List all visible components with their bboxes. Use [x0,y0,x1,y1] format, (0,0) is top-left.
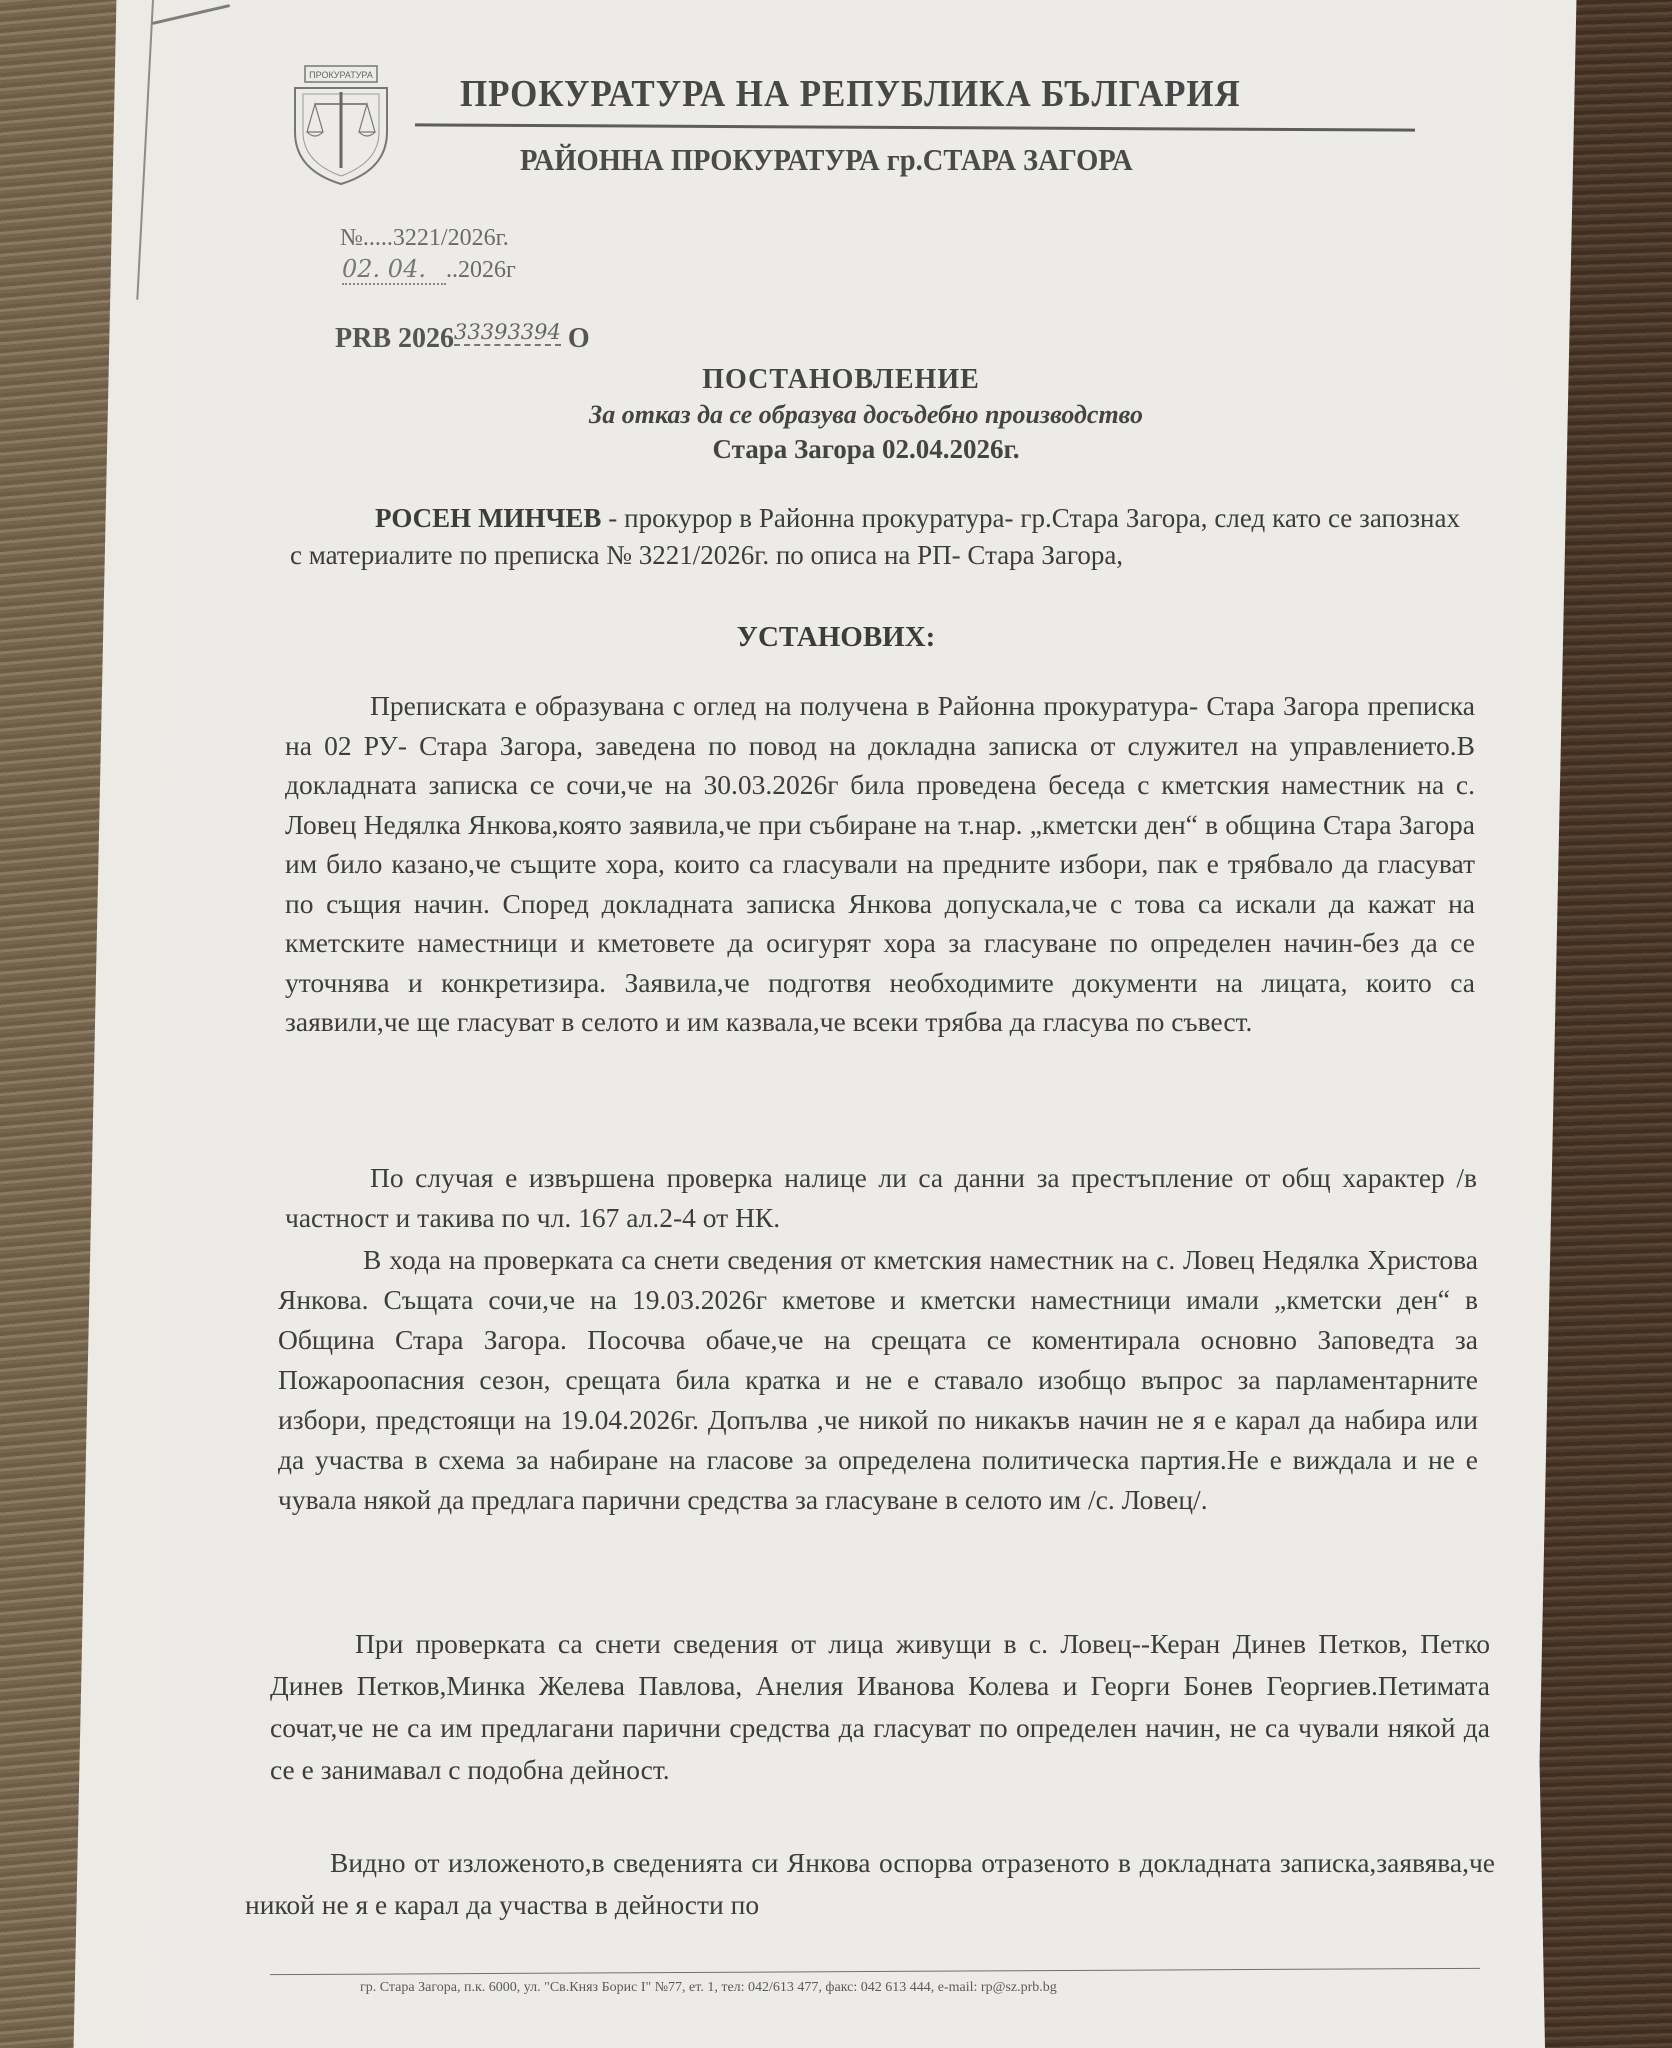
footer-contact: гр. Стара Загора, п.к. 6000, ул. "Св.Кня… [360,1980,1057,1996]
prosecution-emblem-icon: ПРОКУРАТУРА [285,62,397,187]
prosecutor-name: РОСЕН МИНЧЕВ [375,503,601,533]
document-content: ПРОКУРАТУРА ПРОКУРАТУРА НА РЕПУБЛИКА БЪЛ… [0,0,1672,2048]
letterhead-divider [415,123,1415,131]
document-place-date: Стара Загора 02.04.2026г. [30,434,1672,465]
prb-handwritten-number: 33393394 [454,320,561,346]
registration-number: №.....3221/2026г. [340,225,509,252]
registration-date: 02. 04...2026г [342,255,516,284]
footer-divider [270,1968,1480,1975]
body-paragraph: По случая е извършена проверка налице ли… [285,1158,1477,1237]
prb-prefix: PRB 2026 [335,323,454,354]
registration-number-value: 3221/2026г. [393,225,509,251]
intro-paragraph: РОСЕН МИНЧЕВ - прокурор в Районна прокур… [290,500,1460,574]
registration-date-handwritten: 02. 04. [342,255,446,285]
prb-suffix: О [568,323,590,354]
body-paragraph: В хода на проверката са снети сведения о… [278,1240,1478,1520]
letterhead-title: ПРОКУРАТУРА НА РЕПУБЛИКА БЪЛГАРИЯ [460,72,1241,116]
svg-text:ПРОКУРАТУРА: ПРОКУРАТУРА [309,70,373,80]
established-heading: УСТАНОВИХ: [0,621,1672,654]
body-paragraph: Преписката е образувана с оглед на получ… [285,686,1475,1042]
letterhead-subtitle: РАЙОННА ПРОКУРАТУРА гр.СТАРА ЗАГОРА [520,142,1133,178]
prb-number: PRB 202633393394 О [335,320,590,355]
body-paragraph: При проверката са снети сведения от лица… [270,1623,1490,1791]
body-paragraph: Видно от изложеното,в сведенията си Янко… [245,1842,1495,1926]
registration-number-prefix: №..... [340,225,393,251]
document-title: ПОСТАНОВЛЕНИЕ [5,364,1672,396]
registration-date-suffix: ..2026г [446,257,516,283]
document-subtitle: За отказ да се образува досъдебно произв… [30,400,1672,430]
